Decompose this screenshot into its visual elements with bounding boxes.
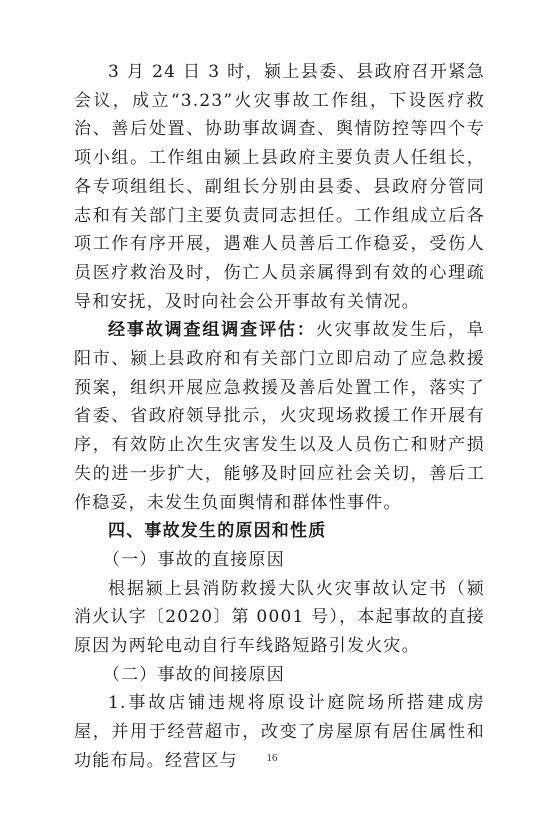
assessment-lead: 经事故调查组调查评估： [108, 320, 316, 340]
subheading-direct-cause: （一）事故的直接原因 [74, 546, 485, 575]
page-number: 16 [0, 752, 544, 764]
document-body: 3 月 24 日 3 时，颍上县委、县政府召开紧急会议，成立“3.23”火灾事故… [74, 58, 485, 776]
paragraph-investigation-assessment: 经事故调查组调查评估：火灾事故发生后，阜阳市、颍上县政府和有关部门立即启动了应急… [74, 316, 485, 517]
subheading-indirect-cause: （二）事故的间接原因 [74, 661, 485, 690]
paragraph-working-group: 3 月 24 日 3 时，颍上县委、县政府召开紧急会议，成立“3.23”火灾事故… [74, 58, 485, 316]
paragraph-direct-cause: 根据颍上县消防救援大队火灾事故认定书（颍消火认字〔2020〕第 0001 号），… [74, 575, 485, 661]
document-page: 3 月 24 日 3 时，颍上县委、县政府召开紧急会议，成立“3.23”火灾事故… [0, 0, 544, 813]
assessment-text: 火灾事故发生后，阜阳市、颍上县政府和有关部门立即启动了应急救援预案，组织开展应急… [74, 320, 485, 512]
section-heading-causes: 四、事故发生的原因和性质 [74, 517, 485, 546]
